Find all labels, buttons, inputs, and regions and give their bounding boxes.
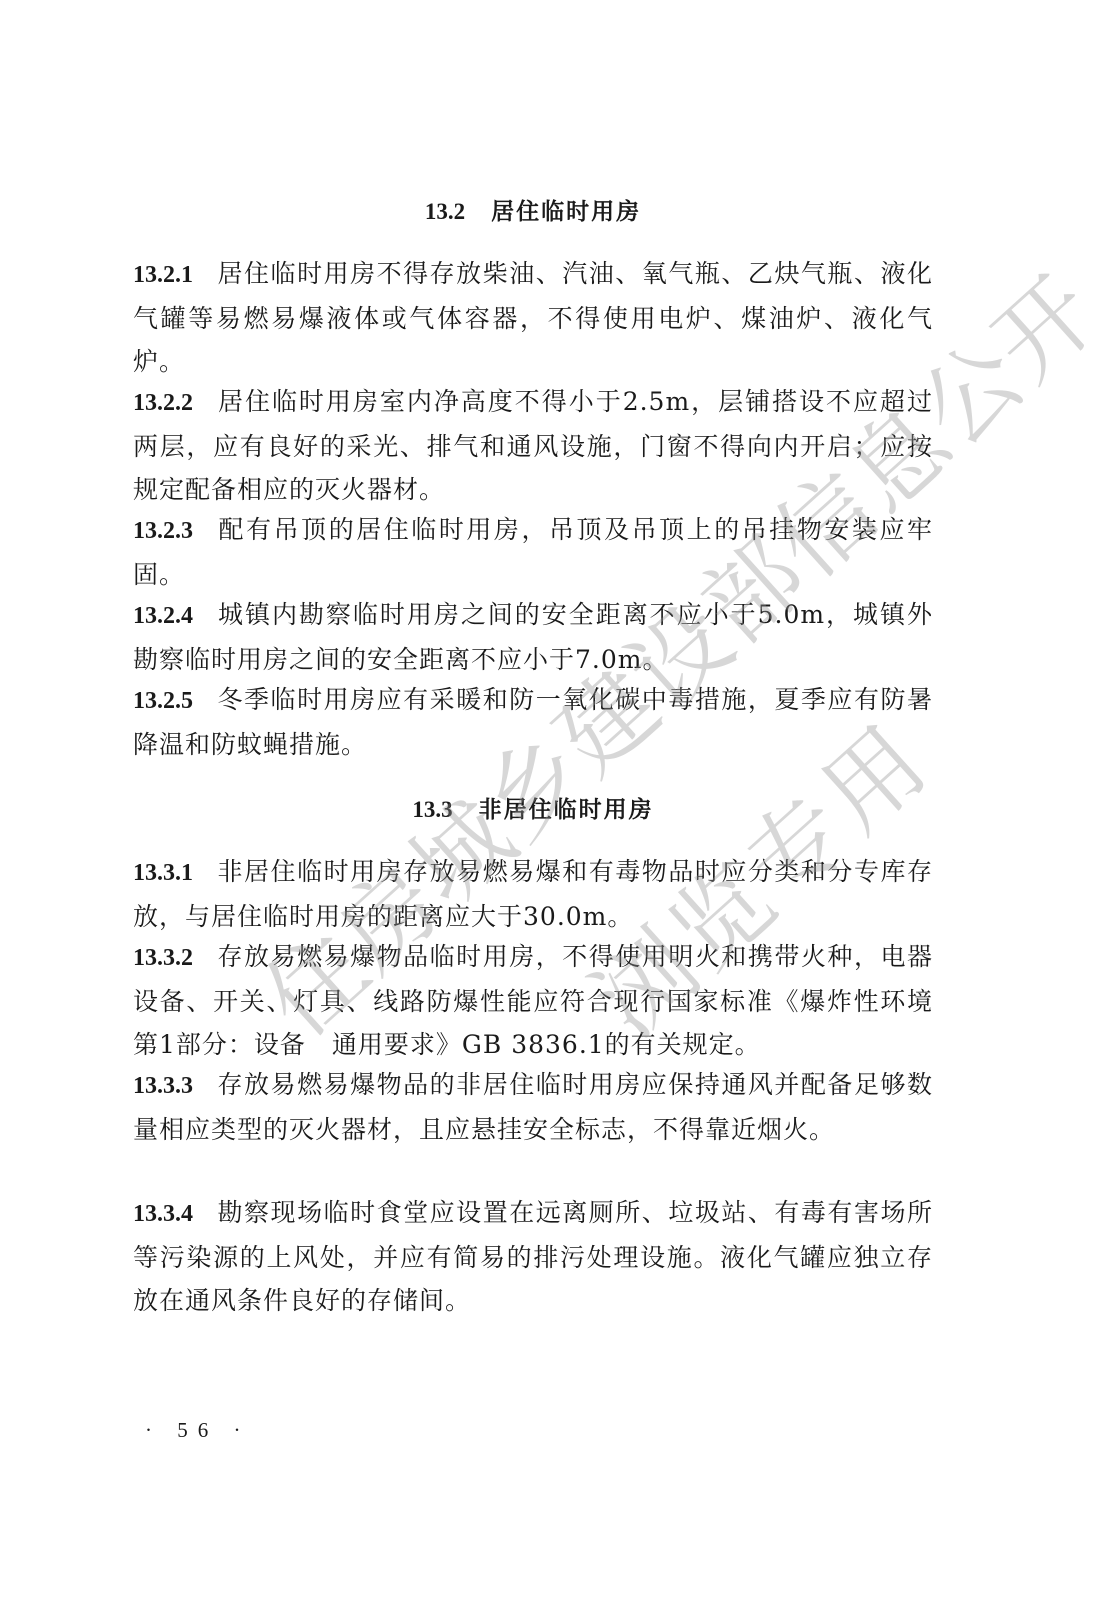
clause-13-3-3: 13.3.3存放易燃易爆物品的非居住临时用房应保持通风并配备足够数量相应类型的灭… (133, 1063, 933, 1151)
section-number: 13.3 (412, 797, 452, 822)
clause-13-2-2: 13.2.2居住临时用房室内净高度不得小于2.5m，层铺搭设不应超过两层，应有良… (133, 380, 933, 511)
clause-13-3-4: 13.3.4勘察现场临时食堂应设置在远离厕所、垃圾站、有毒有害场所等污染源的上风… (133, 1191, 933, 1322)
clause-text: 非居住临时用房存放易燃易爆和有毒物品时应分类和分专库存放，与居住临时用房的距离应… (133, 857, 933, 931)
clause-text: 城镇内勘察临时用房之间的安全距离不应小于5.0m，城镇外勘察临时用房之间的安全距… (133, 600, 933, 674)
section-heading-13-2: 13.2居住临时用房 (133, 193, 933, 226)
clause-text: 冬季临时用房应有采暖和防一氧化碳中毒措施，夏季应有防暑降温和防蚊蝇措施。 (133, 685, 933, 759)
clause-13-3-1: 13.3.1非居住临时用房存放易燃易爆和有毒物品时应分类和分专库存放，与居住临时… (133, 850, 933, 938)
page-number: · 56 · (145, 1418, 251, 1443)
clause-number: 13.3.2 (133, 945, 193, 971)
clause-13-2-1: 13.2.1居住临时用房不得存放柴油、汽油、氧气瓶、乙炔气瓶、液化气罐等易燃易爆… (133, 252, 933, 383)
clause-text: 居住临时用房不得存放柴油、汽油、氧气瓶、乙炔气瓶、液化气罐等易燃易爆液体或气体容… (133, 259, 933, 376)
clause-13-2-5: 13.2.5冬季临时用房应有采暖和防一氧化碳中毒措施，夏季应有防暑降温和防蚊蝇措… (133, 678, 933, 766)
clause-text: 存放易燃易爆物品临时用房，不得使用明火和携带火种，电器设备、开关、灯具、线路防爆… (133, 942, 959, 1059)
clause-13-2-3: 13.2.3配有吊顶的居住临时用房，吊顶及吊顶上的吊挂物安装应牢固。 (133, 508, 933, 596)
clause-number: 13.2.5 (133, 688, 193, 714)
section-title: 非居住临时用房 (479, 797, 654, 823)
clause-number: 13.2.4 (133, 603, 193, 629)
section-heading-13-3: 13.3非居住临时用房 (133, 791, 933, 824)
clause-text: 存放易燃易爆物品的非居住临时用房应保持通风并配备足够数量相应类型的灭火器材，且应… (133, 1070, 933, 1144)
clause-number: 13.2.1 (133, 262, 193, 288)
clause-number: 13.3.3 (133, 1073, 193, 1099)
clause-number: 13.2.2 (133, 390, 193, 416)
clause-text: 勘察现场临时食堂应设置在远离厕所、垃圾站、有毒有害场所等污染源的上风处，并应有简… (133, 1198, 933, 1315)
clause-number: 13.3.4 (133, 1201, 193, 1227)
clause-text: 居住临时用房室内净高度不得小于2.5m，层铺搭设不应超过两层，应有良好的采光、排… (133, 387, 933, 504)
clause-number: 13.3.1 (133, 860, 193, 886)
clause-13-2-4: 13.2.4城镇内勘察临时用房之间的安全距离不应小于5.0m，城镇外勘察临时用房… (133, 593, 933, 681)
section-title: 居住临时用房 (491, 199, 641, 225)
clause-text: 配有吊顶的居住临时用房，吊顶及吊顶上的吊挂物安装应牢固。 (133, 515, 933, 589)
section-number: 13.2 (425, 199, 465, 224)
clause-13-3-2: 13.3.2存放易燃易爆物品临时用房，不得使用明火和携带火种，电器设备、开关、灯… (133, 935, 933, 1066)
clause-number: 13.2.3 (133, 518, 193, 544)
